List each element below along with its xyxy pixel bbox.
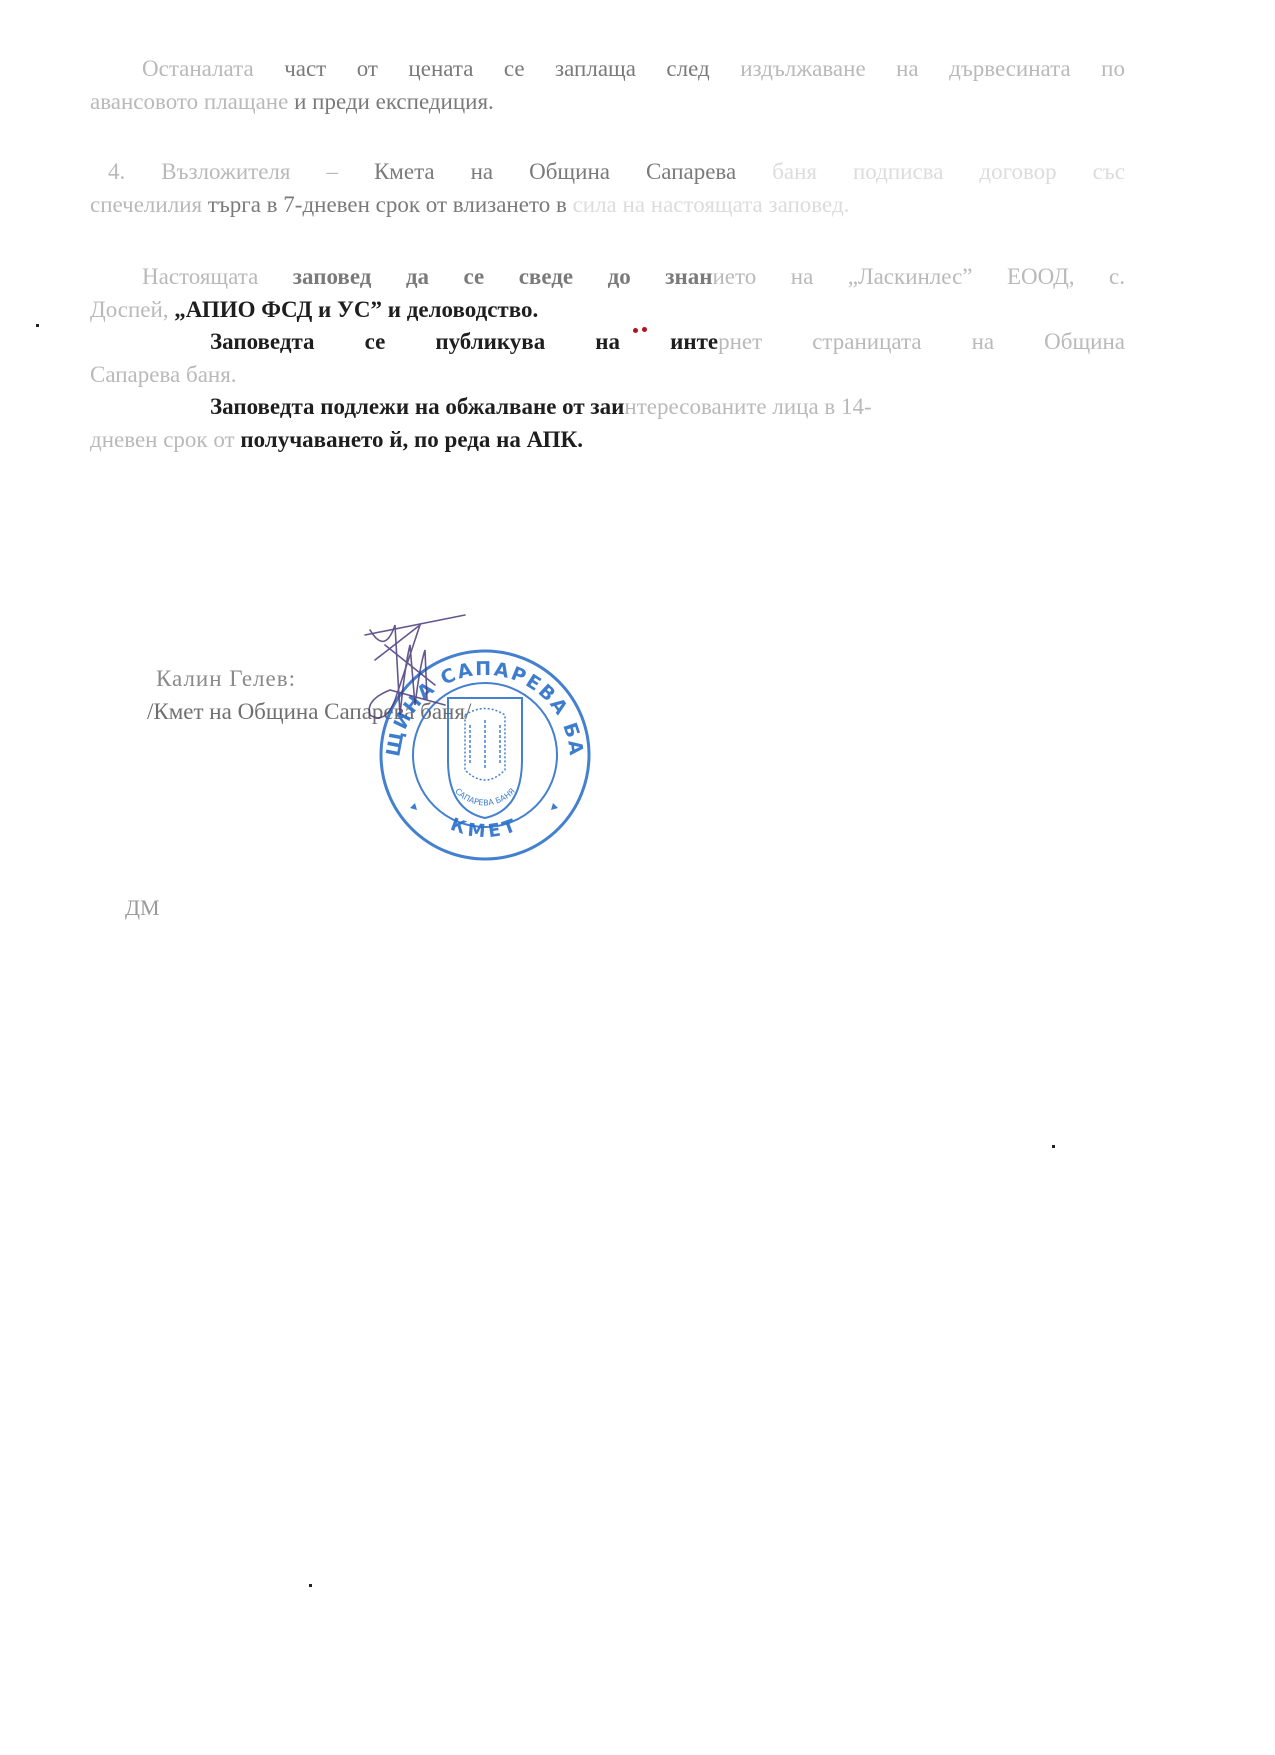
text-fragment: нтересованите лица в 14- [624,394,871,419]
text-fragment: Заповедта подлежи на обжалване от заи [210,394,624,419]
text-fragment: Доспей, [90,297,174,322]
item-4-line-1: 4. Възложителя – Кмета на Община Сапарев… [90,157,1125,187]
red-ink-speck [642,327,647,332]
text-fragment: рнет страницата на Община [718,329,1125,354]
text-fragment: дневен срок от [90,427,240,452]
text-fragment: получаването й, по реда на АПК. [240,427,583,452]
text-fragment: издължаване на дървесината по [740,56,1125,81]
text-fragment: Останалата [142,56,284,81]
text-fragment: Заповедта се публикува на инте [210,329,718,354]
red-ink-speck [633,328,638,333]
signatory-name: Калин Гелев: [156,664,296,694]
handwritten-signature [355,605,475,735]
text-fragment: сила на настоящата заповед. [573,192,850,217]
stamp-inner-text: САПАРЕВА БАНЯ [453,787,517,808]
publish-line-2: Сапарева баня. [90,360,1125,390]
text-fragment: заповед да се сведе до знан [293,264,713,289]
typist-initials: ДМ [125,895,160,921]
remaining-payment-line-1: Останалата част от цената се заплаща сле… [90,54,1125,84]
svg-text:САПАРЕВА БАНЯ: САПАРЕВА БАНЯ [453,787,517,808]
appeal-line-1: Заповедта подлежи на обжалване от заинте… [90,392,1090,422]
text-fragment: ието на „Ласкинлес” ЕООД, с. [713,264,1126,289]
text-fragment: търга в 7-дневен срок от влизането в [208,192,573,217]
scan-speck [36,324,39,327]
remaining-payment-line-2: авансовото плащане и преди експедиция. [90,87,1125,117]
text-fragment: спечелилия [90,192,208,217]
text-fragment: баня подписва договор със [772,159,1125,184]
publish-line-1: Заповедта се публикува на интернет стран… [90,327,1125,357]
scan-speck [1052,1145,1055,1148]
notify-line-2: Доспей, „АПИО ФСД и УС” и деловодство. [90,295,1125,325]
text-fragment: авансовото плащане [90,89,294,114]
item-4-line-2: спечелилия търга в 7-дневен срок от влиз… [90,190,1125,220]
text-fragment: „АПИО ФСД и УС” и деловодство. [174,297,538,322]
text-fragment: част от цената се заплаща след [284,56,740,81]
text-fragment: 4. Възложителя – [108,159,374,184]
text-fragment: Кмета на Община Сапарева [374,159,772,184]
appeal-line-2: дневен срок от получаването й, по реда н… [90,425,1125,455]
text-fragment: Настоящата [142,264,293,289]
text-fragment: и преди експедиция. [294,89,494,114]
text-fragment: Сапарева баня. [90,362,237,387]
scan-speck [309,1584,312,1587]
notify-line-1: Настоящата заповед да се сведе до знание… [90,262,1125,292]
